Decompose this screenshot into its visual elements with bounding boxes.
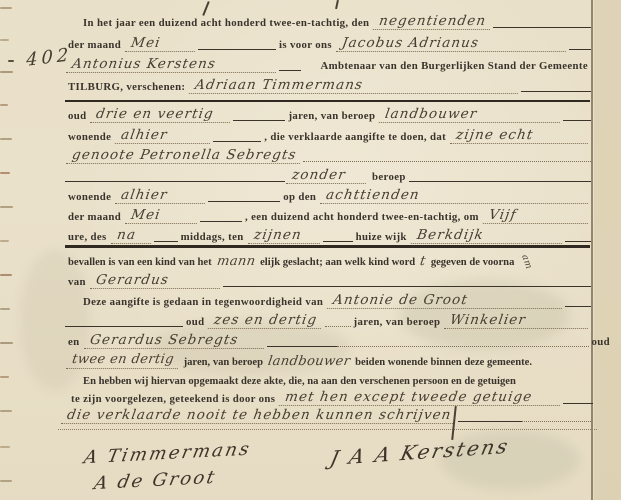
dotted-line [325, 326, 351, 327]
form-line-month-official: der maand Mei is voor ons Jacobus Adrian… [65, 35, 591, 52]
form-line-cannot-write: die verklaarde nooit te hebben kunnen sc… [60, 407, 591, 424]
printed-text: op den [283, 191, 316, 204]
gutter-line [0, 376, 9, 378]
handwritten-residence: alhier [115, 188, 208, 204]
ink-line [493, 27, 591, 28]
dotted-separator [58, 429, 597, 430]
handwritten-official-name: Antonius Kerstens [66, 57, 279, 73]
printed-text: Ambtenaar van den Burgerlijken Stand der… [304, 60, 588, 73]
form-line-year: In het jaar een duizend acht honderd twe… [80, 13, 591, 30]
printed-text: gegeven de voorna [431, 256, 515, 269]
gutter-line [0, 104, 8, 106]
printed-text: In het jaar een duizend acht honderd twe… [83, 17, 369, 30]
dotted-line [337, 346, 589, 347]
ink-line [154, 241, 178, 242]
handwritten-witness2-age: twee en dertig [66, 353, 180, 369]
printed-text: , die verklaarde aangifte te doen, dat [264, 131, 446, 144]
form-line-child-sex: bevallen is van een kind van het mann el… [65, 252, 595, 269]
handwritten-birth-month: Mei [125, 208, 200, 224]
printed-text: En hebben wij hiervan opgemaakt deze akt… [83, 375, 516, 388]
printed-text: , een duizend acht honderd twee-en-tacht… [245, 211, 479, 224]
printed-text: wonende [68, 191, 111, 204]
form-line-child-name: van Gerardus [65, 272, 591, 289]
gutter-line [0, 206, 13, 208]
handwritten-sex: mann [216, 255, 257, 269]
form-line-mother-name: genoote Petronella Sebregts [65, 147, 591, 164]
form-line-age-occupation: oud drie en veertig jaren, van beroep la… [65, 106, 591, 123]
ink-line [521, 91, 591, 92]
stray-pen-stroke [335, 0, 339, 9]
gutter-line [0, 39, 9, 41]
page-fold-line [591, 0, 593, 500]
handwritten-occupation: landbouwer [379, 107, 562, 123]
printed-text: oud [186, 316, 204, 329]
ink-line [213, 141, 261, 142]
ink-line [233, 120, 285, 121]
printed-text: bevallen is van een kind van het [68, 256, 212, 269]
form-line-witness2: en Gerardus Sebregts oud [65, 332, 613, 349]
printed-text: en [68, 336, 80, 349]
form-line-declarant: TILBURG, verschenen: Adriaan Timmermans [65, 77, 591, 94]
signature-witness: A de Groot [92, 467, 218, 494]
gutter-line [0, 308, 10, 310]
handwritten-month: Mei [125, 36, 198, 52]
printed-text: jaren, van beroep [184, 356, 263, 369]
handwritten-witness1-occupation: Winkelier [444, 313, 590, 329]
printed-text: middags, ten [181, 231, 244, 244]
printed-text: jaren, van beroep [354, 316, 441, 329]
margin-dot [8, 60, 14, 62]
printed-text: ure, des [68, 231, 107, 244]
ink-line [279, 70, 301, 71]
form-line-mother-occupation: zonder beroep [65, 167, 591, 184]
handwritten-whose-house: zijnen [247, 228, 322, 244]
form-line-witness1: Deze aangifte is gedaan in tegenwoordigh… [80, 292, 591, 309]
ink-line [198, 49, 276, 50]
printed-text: der maand [68, 39, 121, 52]
handwritten-declarant-name: Adriaan Timmermans [189, 78, 520, 94]
signature-declarant: A Timmermans [82, 439, 253, 469]
printed-text: van [68, 276, 86, 289]
ink-line [569, 49, 591, 50]
handwritten-am-pm: na [110, 228, 153, 244]
handwritten-witness2-occupation: landbouwer [267, 355, 351, 369]
gutter-line [0, 240, 9, 242]
printed-text: der maand [68, 211, 121, 224]
handwritten-witness1-name: Antonie de Groot [327, 293, 564, 309]
printed-text: oud [592, 336, 610, 349]
form-line-witness2-age: twee en dertig jaren, van beroep landbou… [65, 352, 595, 369]
page-fold-band [594, 0, 621, 500]
handwritten-t: t [419, 255, 427, 269]
handwritten-no-occupation: zonder [286, 168, 369, 184]
ink-line [65, 326, 183, 327]
form-line-residence-declaration: wonende alhier , die verklaarde aangifte… [65, 127, 591, 144]
handwritten-signing-note: met hen except tweede getuige [279, 390, 562, 406]
birth-certificate-scan: 402 In het jaar een duizend acht honderd… [0, 0, 621, 500]
handwritten-flourish: am [518, 253, 536, 269]
handwritten-witness2-name: Gerardus Sebregts [83, 333, 266, 349]
ink-line [458, 421, 522, 422]
printed-text: wonende [68, 131, 111, 144]
gutter-line [0, 342, 13, 344]
ink-line [409, 181, 591, 182]
printed-text: oud [68, 110, 86, 123]
ink-line [65, 181, 285, 182]
printed-text: te zijn voorgelezen, geteekend is door o… [71, 393, 275, 406]
handwritten-age: drie en veertig [90, 107, 233, 123]
form-line-official-title: Antonius Kerstens Ambtenaar van den Burg… [65, 56, 591, 73]
handwritten-residence: alhier [115, 128, 213, 144]
ink-line [565, 241, 591, 242]
gutter-line [0, 274, 12, 276]
gutter-line [0, 172, 10, 174]
handwritten-birth-day: achttienden [320, 188, 590, 204]
dotted-line [522, 421, 591, 422]
printed-text: huize wijk [356, 231, 407, 244]
form-line-closing2: te zijn voorgelezen, geteekend is door o… [68, 389, 593, 406]
handwritten-cannot-write-note: die verklaarde nooit te hebben kunnen sc… [61, 408, 458, 424]
gutter-line [0, 410, 12, 412]
handwritten-day: negentienden [373, 14, 493, 30]
printed-text: jaren, van beroep [288, 110, 375, 123]
ink-rule [65, 245, 590, 248]
ink-line [267, 346, 337, 347]
ink-line [563, 120, 591, 121]
ink-line [223, 286, 591, 287]
form-line-birth-month-hour: der maand Mei , een duizend acht honderd… [65, 207, 591, 224]
ink-line [563, 403, 593, 404]
handwritten-mother-name: genoote Petronella Sebregts [66, 148, 303, 164]
gutter-line [0, 446, 10, 448]
handwritten-spouse-intro: zijne echt [450, 128, 590, 144]
printed-text: beroep [372, 171, 406, 184]
printed-text: Deze aangifte is gedaan in tegenwoordigh… [83, 296, 323, 309]
ink-line [208, 201, 280, 202]
ink-line [200, 221, 242, 222]
gutter-line [0, 7, 12, 9]
printed-text: is voor ons [279, 39, 332, 52]
printed-text: TILBURG, verschenen: [68, 81, 185, 94]
printed-text: beiden wonende binnen deze gemeente. [355, 356, 532, 369]
ink-line [565, 306, 591, 307]
form-line-witness1-age: oud zes en dertig jaren, van beroep Wink… [65, 312, 591, 329]
form-line-birth-day: wonende alhier op den achttienden [65, 187, 591, 204]
form-line-closing1: En hebben wij hiervan opgemaakt deze akt… [80, 371, 595, 388]
gutter-line [0, 71, 13, 73]
handwritten-child-name: Gerardus [90, 273, 223, 289]
gutter-line [0, 138, 12, 140]
handwritten-witness1-age: zes en dertig [208, 313, 324, 329]
ink-rule [65, 100, 590, 102]
gutter-line [0, 480, 12, 482]
dotted-line [303, 161, 591, 162]
ink-line [323, 241, 353, 242]
handwritten-neighborhood: Berkdijk [411, 228, 565, 244]
printed-text: elijk geslacht; aan welk kind word [260, 256, 415, 269]
handwritten-birth-hour: Vijf [483, 208, 591, 224]
handwritten-official-name: Jacobus Adrianus [336, 36, 569, 52]
form-line-time-house: ure, des na middags, ten zijnen huize wi… [65, 227, 591, 244]
